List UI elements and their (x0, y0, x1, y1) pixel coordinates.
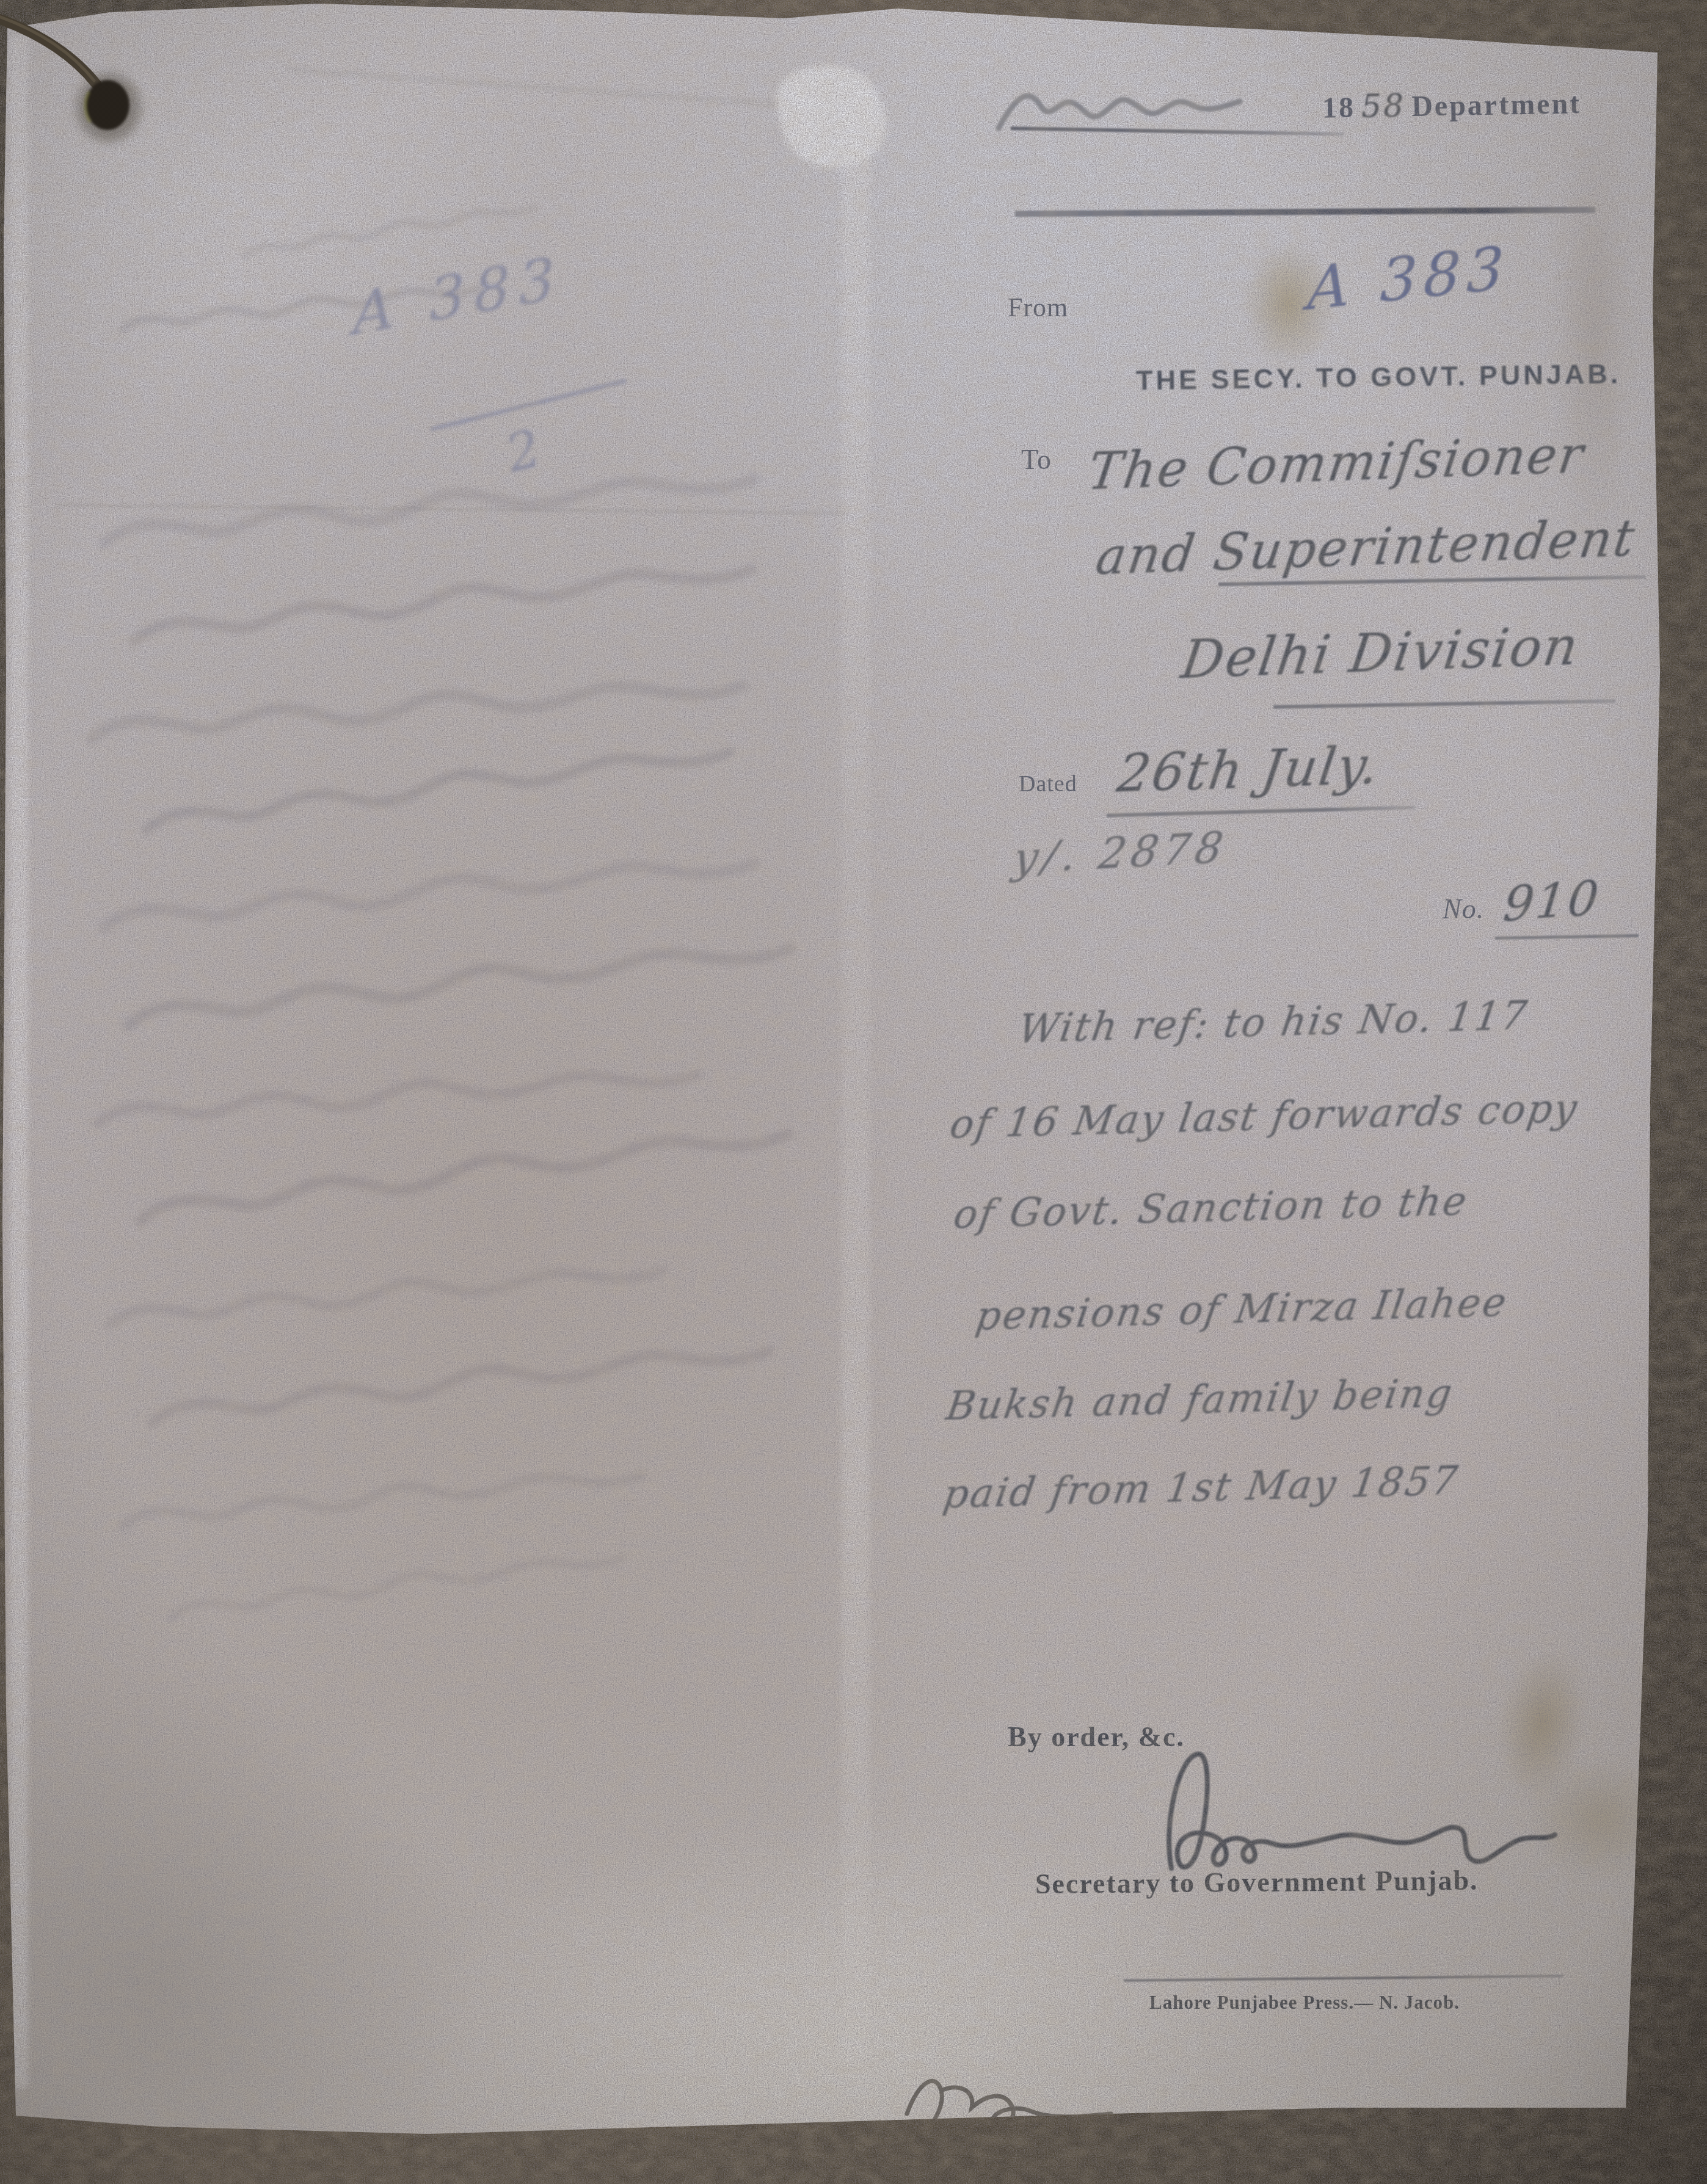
bleed-stroke (138, 1128, 790, 1221)
topleft-diagonal-crease-shadow (288, 68, 787, 106)
tie-thread (0, 17, 96, 84)
bleed-stroke (144, 746, 732, 830)
bleed-stroke (242, 204, 535, 256)
signature-stroke (1169, 1754, 1555, 1868)
sender-stamp: THE SECY. TO GOVT. PUNJAB. (1136, 358, 1621, 396)
bleed-stroke (133, 563, 753, 641)
to-label: To (1021, 443, 1052, 476)
bottom-pen-mark (901, 2071, 1121, 2163)
bleed-stroke (102, 857, 755, 928)
stain-right-edge-streak (1554, 116, 1634, 556)
year-printed: 18 (1322, 92, 1356, 125)
imprint-rule (1124, 1975, 1563, 1982)
bleed-stroke (151, 1344, 771, 1423)
bleed-stroke (169, 1553, 626, 1618)
dated-label: Dated (1019, 771, 1077, 797)
pen-mark-stroke (907, 2081, 1111, 2148)
department-word-printed: Department (1411, 87, 1582, 123)
recipient-line-1: The Commiſsioner (1085, 426, 1589, 502)
bleed-stroke (90, 679, 744, 739)
year-filled-handwritten: 58 (1361, 87, 1405, 125)
left-edge-highlight (10, 37, 28, 2088)
body-line-6: paid from 1st May 1857 (941, 1459, 1462, 1517)
number-label: No. (1443, 893, 1484, 925)
body-line-1: With ref: to his No. 117 (1016, 993, 1532, 1052)
from-label: From (1008, 292, 1068, 323)
bleed-stroke (121, 1470, 644, 1526)
body-line-3: of Govt. Sanction to the (951, 1179, 1471, 1238)
form-header-line: 18 58 Department (1322, 84, 1582, 125)
bleed-stroke (126, 942, 792, 1026)
recipient-line3-underline (1273, 699, 1615, 709)
letter-page-paper: A 383 2 18 58 Department From A 383 THE … (0, 0, 1707, 2184)
signature-scribble (1154, 1743, 1570, 1877)
header-rule-long (1015, 207, 1595, 217)
torn-paper-sliver (771, 54, 894, 178)
body-line-5: Buksh and family being (944, 1371, 1457, 1429)
scribble-stroke (999, 96, 1240, 128)
secretary-title-line: Secretary to Government Punjab. (1035, 1864, 1479, 1900)
bleed-stroke (102, 473, 755, 543)
bleed-stroke (109, 1264, 664, 1325)
date-underline (1107, 805, 1415, 817)
recipient-line-3: Delhi Division (1177, 615, 1584, 691)
bleed-stroke (96, 1068, 698, 1123)
number-value-handwritten: 910 (1501, 871, 1603, 933)
docket-ref-handwritten: y/. 2878 (1010, 822, 1231, 883)
punch-hole (86, 80, 129, 130)
body-line-4: pensions of Mirza Ilahee (973, 1280, 1511, 1339)
recipient-line-2: and Superintendent (1093, 509, 1640, 586)
body-line-2: of 16 May last forwards copy (947, 1086, 1582, 1147)
number-underline (1495, 934, 1639, 940)
photograph-of-archival-letter: A 383 2 18 58 Department From A 383 THE … (0, 0, 1707, 2184)
imprint-line: Lahore Punjabee Press.— N. Jacob. (1149, 1992, 1460, 2014)
punch-hole-and-thread (0, 0, 257, 195)
file-number-handwritten: A 383 (1306, 233, 1511, 324)
date-value-handwritten: 26th July. (1113, 735, 1384, 805)
